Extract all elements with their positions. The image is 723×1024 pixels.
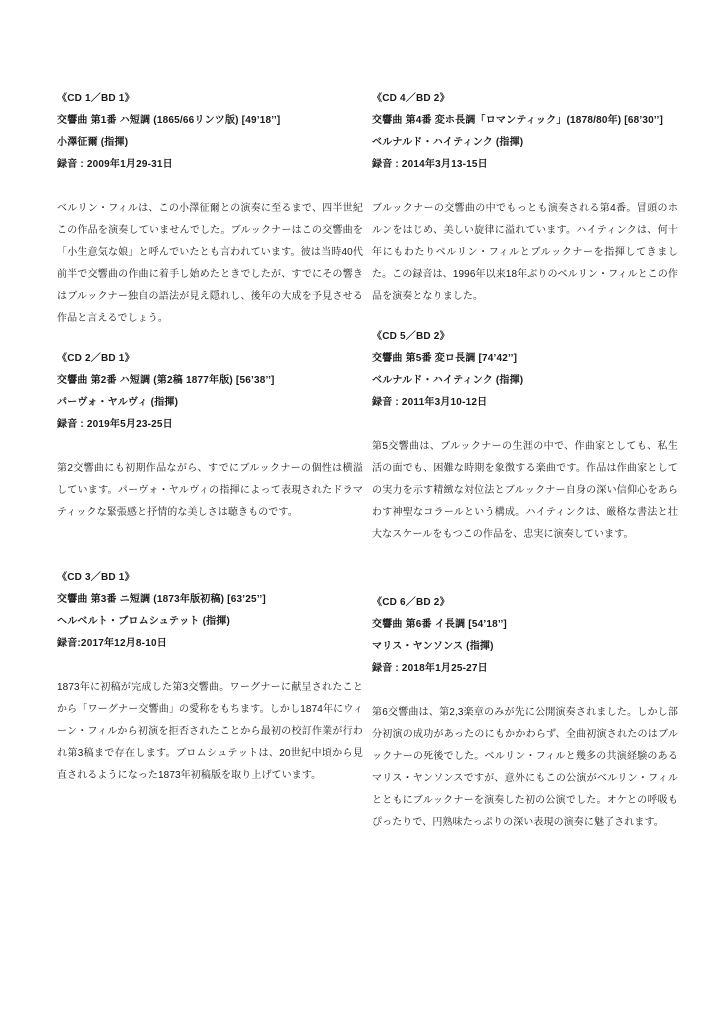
entry-description: 第6交響曲は、第2,3楽章のみが先に公開演奏されました。しかし部分初演の成功があ… bbox=[372, 702, 678, 834]
disc-label: 《CD 3／BD 1》 bbox=[57, 567, 363, 589]
conductor-name: ベルナルド・ハイティンク (指揮) bbox=[372, 132, 678, 154]
entry-description: ブルックナーの交響曲の中でもっとも演奏される第4番。冒頭のホルンをはじめ、美しい… bbox=[372, 198, 678, 308]
work-title: 交響曲 第1番 ハ短調 (1865/66リンツ版) [49’18’’] bbox=[57, 110, 363, 132]
entry-description: 1873年に初稿が完成した第3交響曲。ワーグナーに献呈されたことから「ワーグナー… bbox=[57, 677, 363, 787]
entry-cd2: 《CD 2／BD 1》 交響曲 第2番 ハ短調 (第2稿 1877年版) [56… bbox=[57, 348, 363, 524]
disc-label: 《CD 4／BD 2》 bbox=[372, 88, 678, 110]
recording-date: 録音 : 2009年1月29-31日 bbox=[57, 154, 363, 176]
work-title: 交響曲 第4番 変ホ長調「ロマンティック」(1878/80年) [68’30’’… bbox=[372, 110, 678, 132]
disc-label: 《CD 5／BD 2》 bbox=[372, 326, 678, 348]
document-page: 《CD 1／BD 1》 交響曲 第1番 ハ短調 (1865/66リンツ版) [4… bbox=[0, 0, 723, 1024]
work-title: 交響曲 第2番 ハ短調 (第2稿 1877年版) [56’38’’] bbox=[57, 370, 363, 392]
entry-description: 第5交響曲は、ブルックナーの生涯の中で、作曲家としても、私生活の面でも、困難な時… bbox=[372, 436, 678, 546]
entry-cd1: 《CD 1／BD 1》 交響曲 第1番 ハ短調 (1865/66リンツ版) [4… bbox=[57, 88, 363, 330]
recording-date: 録音:2017年12月8-10日 bbox=[57, 633, 363, 655]
disc-label: 《CD 1／BD 1》 bbox=[57, 88, 363, 110]
conductor-name: ベルナルド・ハイティンク (指揮) bbox=[372, 370, 678, 392]
disc-label: 《CD 2／BD 1》 bbox=[57, 348, 363, 370]
recording-date: 録音 : 2018年1月25-27日 bbox=[372, 658, 678, 680]
conductor-name: パーヴォ・ヤルヴィ (指揮) bbox=[57, 392, 363, 414]
entry-description: ベルリン・フィルは、この小澤征爾との演奏に至るまで、四半世紀この作品を演奏してい… bbox=[57, 198, 363, 330]
entry-cd4: 《CD 4／BD 2》 交響曲 第4番 変ホ長調「ロマンティック」(1878/8… bbox=[372, 88, 678, 308]
conductor-name: ヘルベルト・ブロムシュテット (指揮) bbox=[57, 611, 363, 633]
conductor-name: 小澤征爾 (指揮) bbox=[57, 132, 363, 154]
entry-cd5: 《CD 5／BD 2》 交響曲 第5番 変ロ長調 [74’42’’] ベルナルド… bbox=[372, 326, 678, 546]
recording-date: 録音 : 2019年5月23-25日 bbox=[57, 414, 363, 436]
work-title: 交響曲 第6番 イ長調 [54’18’’] bbox=[372, 614, 678, 636]
recording-date: 録音 : 2014年3月13-15日 bbox=[372, 154, 678, 176]
entry-description: 第2交響曲にも初期作品ながら、すでにブルックナーの個性は横溢しています。パーヴォ… bbox=[57, 458, 363, 524]
entry-cd6: 《CD 6／BD 2》 交響曲 第6番 イ長調 [54’18’’] マリス・ヤン… bbox=[372, 592, 678, 834]
work-title: 交響曲 第3番 ニ短調 (1873年版初稿) [63’25’’] bbox=[57, 589, 363, 611]
disc-label: 《CD 6／BD 2》 bbox=[372, 592, 678, 614]
entry-cd3: 《CD 3／BD 1》 交響曲 第3番 ニ短調 (1873年版初稿) [63’2… bbox=[57, 567, 363, 787]
work-title: 交響曲 第5番 変ロ長調 [74’42’’] bbox=[372, 348, 678, 370]
recording-date: 録音 : 2011年3月10-12日 bbox=[372, 392, 678, 414]
conductor-name: マリス・ヤンソンス (指揮) bbox=[372, 636, 678, 658]
